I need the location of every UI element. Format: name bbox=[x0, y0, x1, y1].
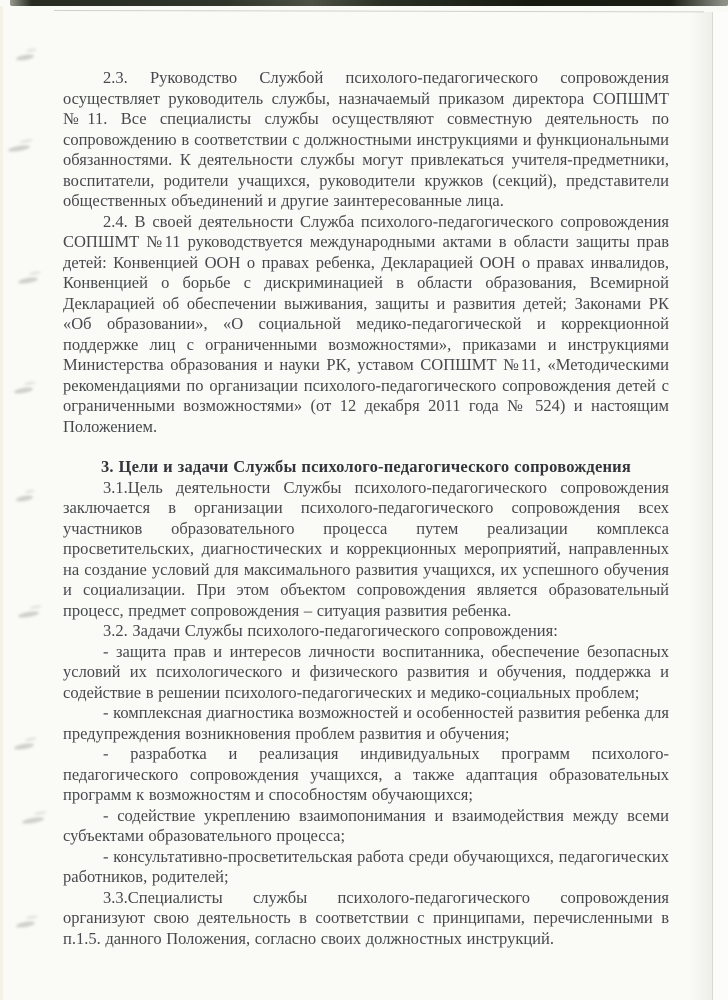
task-item-4: - содействие укреплению взаимопонимания … bbox=[63, 806, 669, 847]
paragraph-2-4: 2.4. В своей деятельности Служба психоло… bbox=[63, 212, 669, 438]
scan-artifact-line bbox=[54, 10, 704, 12]
margin-smudge bbox=[18, 276, 39, 284]
paragraph-2-3: 2.3. Руководство Службой психолого-педаг… bbox=[63, 68, 669, 212]
section-3-heading: 3. Цели и задачи Службы психолого-педаго… bbox=[63, 457, 669, 478]
margin-smudge bbox=[22, 816, 45, 825]
task-item-1: - защита прав и интересов личности воспи… bbox=[63, 642, 669, 704]
document-body: 2.3. Руководство Службой психолого-педаг… bbox=[63, 68, 669, 949]
paper-right-shade bbox=[690, 12, 712, 1000]
margin-smudge bbox=[16, 53, 35, 61]
margin-smudge bbox=[18, 610, 40, 619]
task-item-5: - консультативно-просветительская работа… bbox=[63, 847, 669, 888]
paragraph-3-1: 3.1.Цель деятельности Службы психолого-п… bbox=[63, 478, 669, 622]
paragraph-3-2: 3.2. Задачи Службы психолого-педагогичес… bbox=[63, 621, 669, 642]
margin-smudge bbox=[8, 144, 31, 153]
task-item-2: - комплексная диагностика возможностей и… bbox=[63, 703, 669, 744]
scan-right-margin bbox=[713, 12, 728, 1000]
paragraph-3-3: 3.3.Специалисты службы психолого-педагог… bbox=[63, 888, 669, 950]
margin-smudge bbox=[14, 742, 35, 750]
margin-smudge bbox=[16, 495, 34, 503]
margin-smudge bbox=[14, 386, 34, 394]
margin-smudge bbox=[16, 920, 36, 928]
scanner-edge-strip bbox=[10, 0, 728, 6]
task-item-3: - разработка и реализация индивидуальных… bbox=[63, 744, 669, 806]
paper-left-edge bbox=[0, 6, 3, 1000]
